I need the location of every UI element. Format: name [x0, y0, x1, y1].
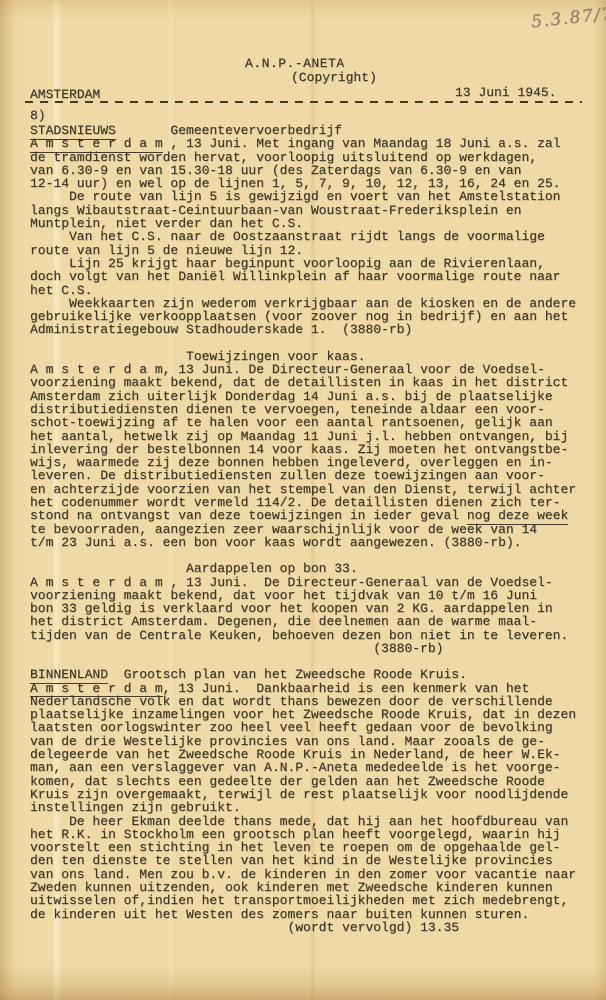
- text-line-with-underline: stond na ontvangst van deze toewijzingen…: [30, 509, 590, 522]
- text-line: doch volgt van het Daniël Willinkplein a…: [30, 270, 590, 283]
- text-line: gebruikelijke verkoopplaatsen (voor zoov…: [30, 310, 590, 323]
- text-line: plaatselijke inzamelingen voor het Zweed…: [30, 708, 590, 721]
- text-line: A m s t e r d a m , 13 Juni. De Directeu…: [30, 576, 590, 589]
- page-number: 8): [30, 108, 46, 123]
- text-line: voorziening maakt bekend, dat voor het t…: [30, 589, 590, 602]
- text-line: het codenummer wordt vermeld 114/2. De d…: [30, 496, 590, 509]
- text-line: te bevoorraden, aangezien zeer waarschij…: [30, 523, 590, 536]
- text-line: uitwisselen of,indien het transportmoeil…: [30, 894, 590, 907]
- document-page: 5.3.87/7 A.N.P.-ANETA (Copyright) AMSTER…: [0, 0, 606, 1000]
- text-line: het C.S.: [30, 284, 590, 297]
- closing-line: (wordt vervolgd) 13.35: [30, 921, 590, 934]
- text-line: Weekkaarten zijn wederom verkrijgbaar aa…: [30, 297, 590, 310]
- text-line: het aantal, hetwelk zij op Maandag 11 Ju…: [30, 430, 590, 443]
- text-line: Amsterdam zich uiterlijk Donderdag 14 Ju…: [30, 390, 590, 403]
- section-heading-line: STADSNIEUWS Gemeentevervoerbedrijf: [30, 124, 590, 137]
- text-line: den ten dienste te stellen van het kind …: [30, 854, 590, 867]
- document-body: STADSNIEUWS Gemeentevervoerbedrijf A m s…: [30, 124, 590, 934]
- text-line: tijden van de Centrale Keuken, behoeven …: [30, 629, 590, 642]
- text-line: t/m 23 Juni a.s. een bon voor kaas wordt…: [30, 536, 590, 549]
- text-line: Administratiegebouw Stadhouderskade 1. (…: [30, 323, 590, 336]
- city-label: AMSTERDAM: [30, 87, 100, 102]
- text-line: Van het C.S. naar de Oostzaanstraat rijd…: [30, 230, 590, 243]
- text-line: route van lijn 5 de nieuwe lijn 12.: [30, 244, 590, 257]
- text-line: inlevering der bestelbonnen 14 voor kaas…: [30, 443, 590, 456]
- text-line: langs Wibautstraat-Ceintuurbaan-van Wous…: [30, 204, 590, 217]
- text-line: het R.K. in Stockholm een grootsch plan …: [30, 828, 590, 841]
- text-line: leveren. De distributiediensten zullen d…: [30, 469, 590, 482]
- text-line: komen, dat slechts een gedeelte der geld…: [30, 775, 590, 788]
- section-heading-line: BINNENLAND Grootsch plan van het Zweedsc…: [30, 668, 590, 681]
- text-line: Lijn 25 krijgt haar beginpunt voorloopig…: [30, 257, 590, 270]
- text-line: delegeerde van het Zweedsche Roode Kruis…: [30, 748, 590, 761]
- dateline: A m s t e r d a m , 13 Juni. Met ingang …: [30, 137, 590, 150]
- text-line: instellingen zijn gebruikt.: [30, 801, 590, 814]
- article-heading: Aardappelen op bon 33.: [30, 562, 590, 575]
- text-line: de kinderen uit het Westen des zomers na…: [30, 908, 590, 921]
- text-line: voorstelt een stichting in het leven te …: [30, 841, 590, 854]
- text-line: Muntplein, niet verder dan het C.S.: [30, 217, 590, 230]
- handwritten-reference-number: 5.3.87/7: [531, 4, 606, 33]
- date-label: 13 Juni 1945.: [455, 85, 556, 100]
- article-heading: Toewijzingen voor kaas.: [30, 350, 590, 363]
- text-line: bon 33 geldig is verklaard voor het koop…: [30, 602, 590, 615]
- text-line: De heer Ekman deelde thans mede, dat hij…: [30, 815, 590, 828]
- text-line: De route van lijn 5 is gewijzigd en voer…: [30, 190, 590, 203]
- copyright-notice: (Copyright): [291, 70, 377, 85]
- text-line: het district Amsterdam. Degenen, die dee…: [30, 615, 590, 628]
- text-line: A m s t e r d a m, 13 Juni. De Directeur…: [30, 363, 590, 376]
- agency-name: A.N.P.-ANETA: [245, 56, 345, 71]
- text-line: laatsten oorlogswinter zoo heel veel hee…: [30, 721, 590, 734]
- text-line: 12-14 uur) en wel op de lijnen 1, 5, 7, …: [30, 177, 590, 190]
- press-code-line: (3880-rb): [30, 642, 590, 655]
- text-line: van de drie Westelijke provincies van on…: [30, 735, 590, 748]
- text-line: Zweden kunnen uitzenden, ook kinderen me…: [30, 881, 590, 894]
- text-line: man, aan een verslaggever van A.N.P.-Ane…: [30, 761, 590, 774]
- text-line: Nederlandsche volk en dat wordt thans be…: [30, 695, 590, 708]
- text-line: Kruis zijn overgemaakt, terwijl de rest …: [30, 788, 590, 801]
- text-line: voorziening maakt bekend, dat de detaill…: [30, 376, 590, 389]
- text-line: distributiediensten dienen te vervoegen,…: [30, 403, 590, 416]
- dashed-divider: [25, 101, 582, 103]
- dateline: A m s t e r d a m, 13 Juni. Dankbaarheid…: [30, 682, 590, 695]
- text-line: de tramdienst worden hervat, voorloopig …: [30, 151, 590, 164]
- text-line: en achterzijde voorzien van het stempel …: [30, 483, 590, 496]
- text-line: van 6.30-9 en van 15.30-18 uur (des Zate…: [30, 164, 590, 177]
- text-line: schot-toewijzing af te halen voor een aa…: [30, 416, 590, 429]
- text-line: van ons land. Men zou b.v. de kinderen i…: [30, 868, 590, 881]
- text-line: wijs, waarmede zij deze bonnen hebben in…: [30, 456, 590, 469]
